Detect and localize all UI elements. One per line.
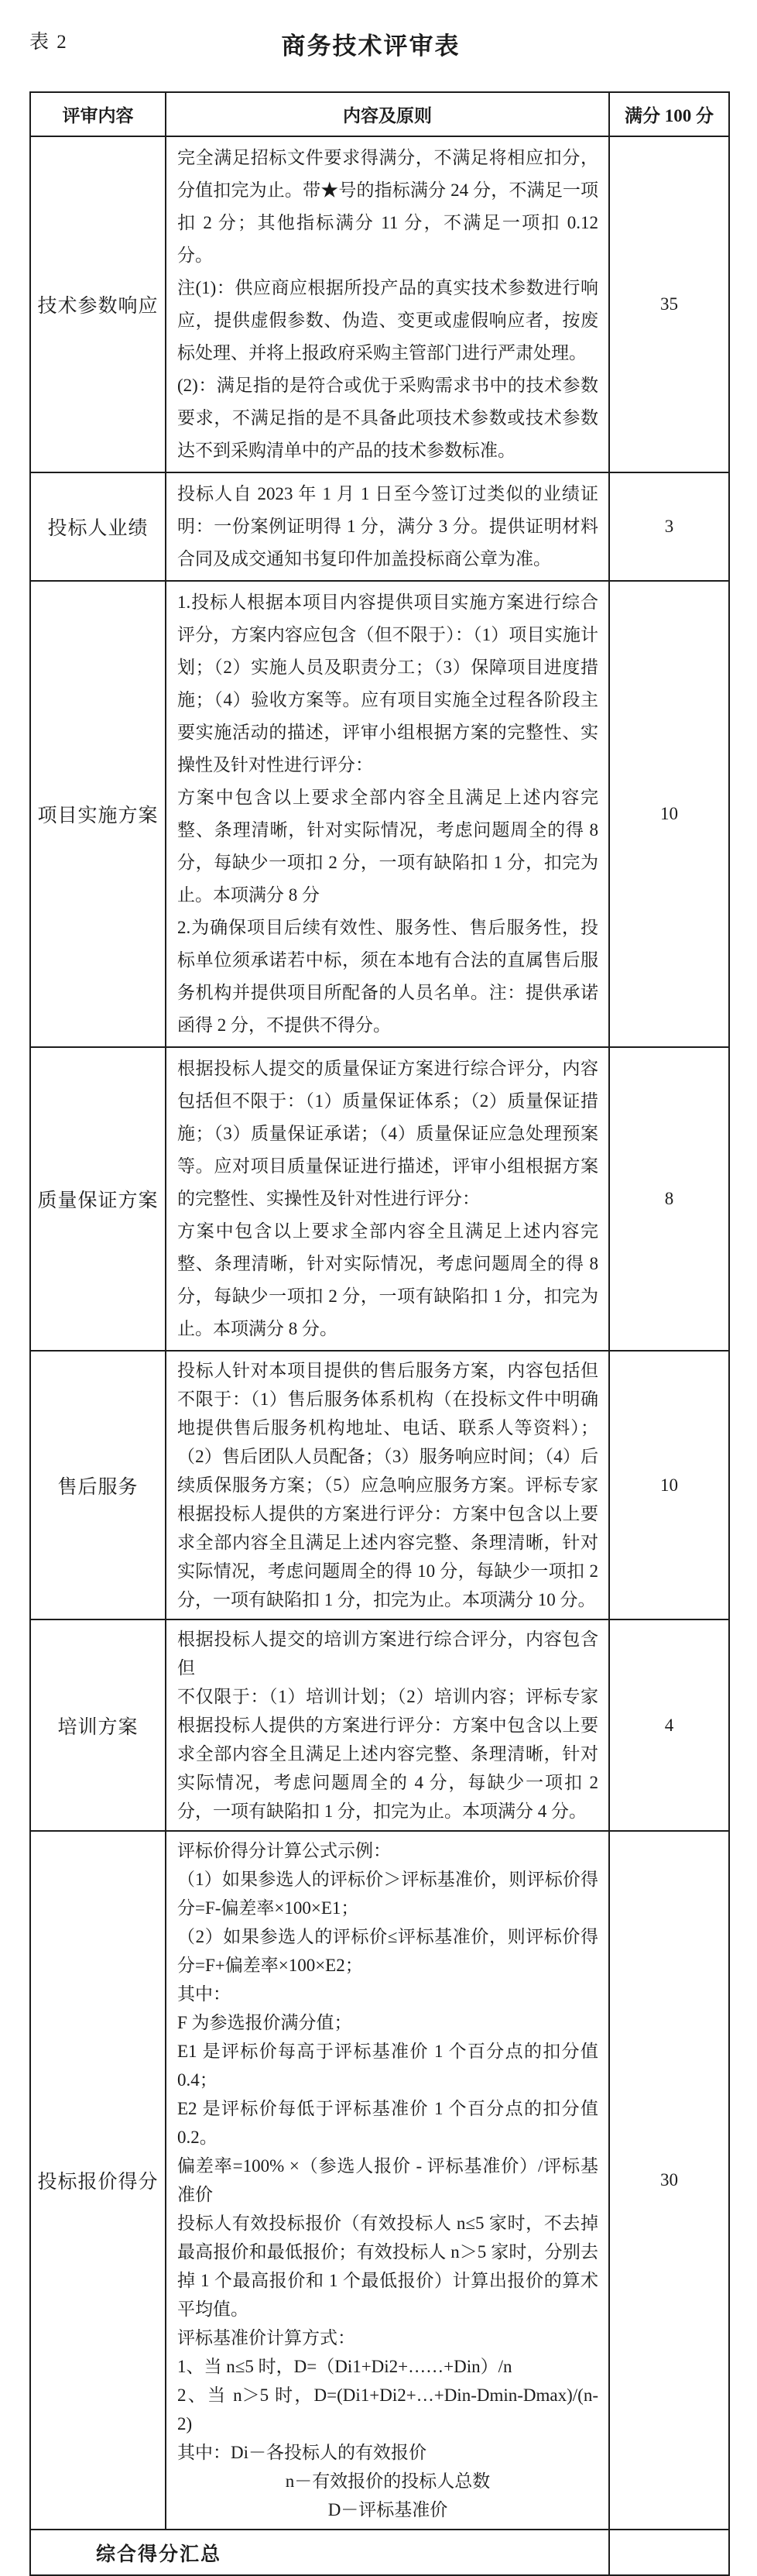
table-row: 质量保证方案 根据投标人提交的质量保证方案进行综合评分，内容包括但不限于：（1）…: [30, 1047, 729, 1351]
description-paragraph: 其中：: [177, 1980, 598, 2008]
description-paragraph: E2 是评标价每低于评标基准价 1 个百分点的扣分值 0.2。: [177, 2094, 598, 2152]
column-header-score: 满分 100 分: [609, 92, 729, 136]
description-paragraph: （1）如果参选人的评标价＞评标基准价，则评标价得分=F-偏差率×100×E1；: [177, 1865, 598, 1922]
description-paragraph: 根据投标人提交的培训方案进行综合评分，内容包含但: [177, 1625, 598, 1682]
criteria-cell: 培训方案: [30, 1619, 166, 1831]
criteria-cell: 质量保证方案: [30, 1047, 166, 1351]
summary-score-cell: [609, 2530, 729, 2575]
description-paragraph: 投标人针对本项目提供的售后服务方案，内容包括但不限于：（1）售后服务体系机构（在…: [177, 1356, 598, 1614]
table-header: 评审内容 内容及原则 满分 100 分: [30, 92, 729, 136]
table-row: 项目实施方案 1.投标人根据本项目内容提供项目实施方案进行综合评分，方案内容应包…: [30, 581, 729, 1047]
header-row: 评审内容 内容及原则 满分 100 分: [30, 92, 729, 136]
score-cell: 8: [609, 1047, 729, 1351]
table-row: 售后服务 投标人针对本项目提供的售后服务方案，内容包括但不限于：（1）售后服务体…: [30, 1351, 729, 1619]
description-cell: 1.投标人根据本项目内容提供项目实施方案进行综合评分，方案内容应包含（但不限于）…: [166, 581, 609, 1047]
description-paragraph: 偏差率=100% ×（参选人报价 - 评标基准价）/评标基准价: [177, 2152, 598, 2209]
description-paragraph: E1 是评标价每高于评标基准价 1 个百分点的扣分值 0.4；: [177, 2037, 598, 2094]
description-cell: 根据投标人提交的培训方案进行综合评分，内容包含但不仅限于：（1）培训计划；（2）…: [166, 1619, 609, 1831]
description-paragraph: 1、当 n≤5 时，D=（Di1+Di2+……+Din）/n: [177, 2352, 598, 2381]
criteria-cell: 售后服务: [30, 1351, 166, 1619]
table-row: 投标报价得分 评标价得分计算公式示例：（1）如果参选人的评标价＞评标基准价，则评…: [30, 1831, 729, 2530]
description-paragraph: 完全满足招标文件要求得满分，不满足将相应扣分，分值扣完为止。带★号的指标满分 2…: [177, 142, 598, 272]
table-body: 技术参数响应 完全满足招标文件要求得满分，不满足将相应扣分，分值扣完为止。带★号…: [30, 136, 729, 2530]
score-cell: 35: [609, 136, 729, 472]
criteria-cell: 投标报价得分: [30, 1831, 166, 2530]
description-paragraph: 注(1)：供应商应根据所投产品的真实技术参数进行响应，提供虚假参数、伪造、变更或…: [177, 272, 598, 369]
description-paragraph: 投标人自 2023 年 1 月 1 日至今签订过类似的业绩证明：一份案例证明得 …: [177, 478, 598, 575]
description-cell: 投标人自 2023 年 1 月 1 日至今签订过类似的业绩证明：一份案例证明得 …: [166, 472, 609, 581]
column-header-content: 内容及原则: [166, 92, 609, 136]
summary-row: 综合得分汇总: [30, 2530, 729, 2575]
description-paragraph: 2.为确保项目后续有效性、服务性、售后服务性，投标单位须承诺若中标，须在本地有合…: [177, 912, 598, 1042]
criteria-cell: 项目实施方案: [30, 581, 166, 1047]
description-paragraph: 方案中包含以上要求全部内容全且满足上述内容完整、条理清晰，针对实际情况，考虑问题…: [177, 781, 598, 912]
description-cell: 完全满足招标文件要求得满分，不满足将相应扣分，分值扣完为止。带★号的指标满分 2…: [166, 136, 609, 472]
document-title: 商务技术评审表: [0, 26, 757, 61]
description-paragraph: 1.投标人根据本项目内容提供项目实施方案进行综合评分，方案内容应包含（但不限于）…: [177, 586, 598, 781]
score-cell: 10: [609, 581, 729, 1047]
description-paragraph: 2、当 n＞5 时，D=(Di1+Di2+…+Din-Dmin-Dmax)/(n…: [177, 2381, 598, 2438]
description-paragraph: 根据投标人提交的质量保证方案进行综合评分，内容包括但不限于：（1）质量保证体系；…: [177, 1053, 598, 1215]
description-paragraph: D－评标基准价: [177, 2495, 598, 2524]
description-cell: 评标价得分计算公式示例：（1）如果参选人的评标价＞评标基准价，则评标价得分=F-…: [166, 1831, 609, 2530]
criteria-cell: 技术参数响应: [30, 136, 166, 472]
column-header-criteria: 评审内容: [30, 92, 166, 136]
table-row: 投标人业绩 投标人自 2023 年 1 月 1 日至今签订过类似的业绩证明：一份…: [30, 472, 729, 581]
description-paragraph: （2）如果参选人的评标价≤评标基准价，则评标价得分=F+偏差率×100×E2；: [177, 1922, 598, 1980]
table-row: 技术参数响应 完全满足招标文件要求得满分，不满足将相应扣分，分值扣完为止。带★号…: [30, 136, 729, 472]
description-paragraph: 不仅限于：（1）培训计划；（2）培训内容；评标专家根据投标人提供的方案进行评分：…: [177, 1682, 598, 1826]
table-label: 表 2: [29, 26, 68, 54]
description-paragraph: 方案中包含以上要求全部内容全且满足上述内容完整、条理清晰，针对实际情况，考虑问题…: [177, 1215, 598, 1345]
score-cell: 30: [609, 1831, 729, 2530]
table-row: 培训方案 根据投标人提交的培训方案进行综合评分，内容包含但不仅限于：（1）培训计…: [30, 1619, 729, 1831]
criteria-cell: 投标人业绩: [30, 472, 166, 581]
description-cell: 根据投标人提交的质量保证方案进行综合评分，内容包括但不限于：（1）质量保证体系；…: [166, 1047, 609, 1351]
score-cell: 10: [609, 1351, 729, 1619]
score-cell: 3: [609, 472, 729, 581]
document-header: 表 2 商务技术评审表: [0, 0, 757, 91]
description-paragraph: 其中：Di－各投标人的有效报价: [177, 2438, 598, 2467]
table-footer: 综合得分汇总: [30, 2530, 729, 2575]
description-paragraph: 评标价得分计算公式示例：: [177, 1836, 598, 1865]
description-paragraph: 评标基准价计算方式：: [177, 2324, 598, 2352]
description-cell: 投标人针对本项目提供的售后服务方案，内容包括但不限于：（1）售后服务体系机构（在…: [166, 1351, 609, 1619]
score-cell: 4: [609, 1619, 729, 1831]
description-paragraph: n－有效报价的投标人总数: [177, 2467, 598, 2495]
description-paragraph: 投标人有效投标报价（有效投标人 n≤5 家时，不去掉最高报价和最低报价；有效投标…: [177, 2209, 598, 2324]
summary-label: 综合得分汇总: [30, 2530, 609, 2575]
description-paragraph: (2)：满足指的是符合或优于采购需求书中的技术参数要求，不满足指的是不具备此项技…: [177, 369, 598, 467]
evaluation-table: 评审内容 内容及原则 满分 100 分 技术参数响应 完全满足招标文件要求得满分…: [29, 91, 730, 2576]
description-paragraph: F 为参选报价满分值；: [177, 2008, 598, 2037]
